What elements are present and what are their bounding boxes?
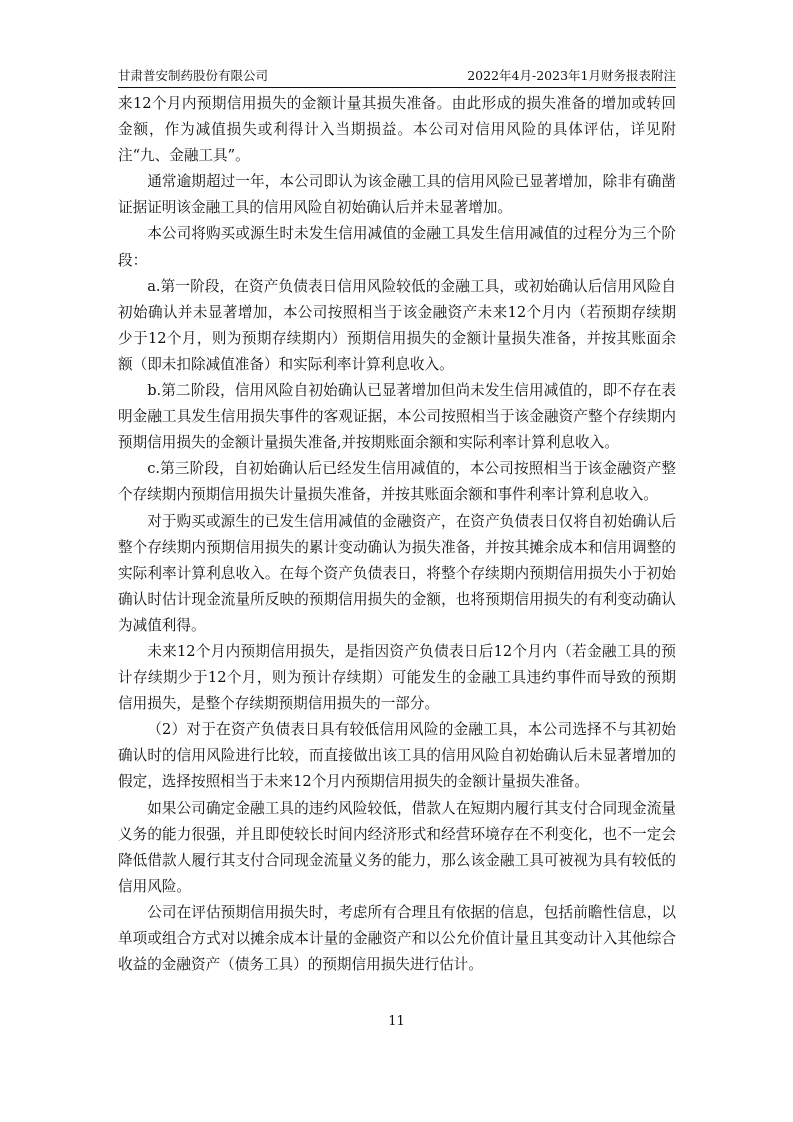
paragraph-stage-b: b.第二阶段，信用风险自初始确认已显著增加但尚未发生信用减值的，即不存在表明金融…: [118, 378, 676, 456]
paragraph: 公司在评估预期信用损失时，考虑所有合理且有依据的信息，包括前瞻性信息，以单项或组…: [118, 900, 676, 978]
paragraph: 未来12个月内预期信用损失，是指因资产负债表日后12个月内（若金融工具的预计存续…: [118, 639, 676, 717]
report-title: 2022年4月-2023年1月财务报表附注: [467, 66, 676, 84]
paragraph-stage-a: a.第一阶段，在资产负债表日信用风险较低的金融工具，或初始确认后信用风险自初始确…: [118, 274, 676, 378]
header-rule: [118, 87, 676, 88]
paragraph-stage-c: c.第三阶段，自初始确认后已经发生信用减值的，本公司按照相当于该金融资产整个存续…: [118, 456, 676, 508]
paragraph: 对于购买或源生的已发生信用减值的金融资产，在资产负债表日仅将自初始确认后整个存续…: [118, 509, 676, 639]
paragraph: （2）对于在资产负债表日具有较低信用风险的金融工具，本公司选择不与其初始确认时的…: [118, 717, 676, 795]
paragraph: 如果公司确定金融工具的违约风险较低，借款人在短期内履行其支付合同现金流量义务的能…: [118, 796, 676, 900]
page-number: 11: [0, 1014, 793, 1029]
company-name: 甘肃普安制药股份有限公司: [118, 66, 268, 84]
paragraph: 通常逾期超过一年，本公司即认为该金融工具的信用风险已显著增加，除非有确凿证据证明…: [118, 169, 676, 221]
page-header: 甘肃普安制药股份有限公司 2022年4月-2023年1月财务报表附注: [118, 66, 676, 86]
document-body: 来12个月内预期信用损失的金额计量其损失准备。由此形成的损失准备的增加或转回金额…: [118, 91, 676, 978]
paragraph: 本公司将购买或源生时未发生信用减值的金融工具发生信用减值的过程分为三个阶段：: [118, 221, 676, 273]
paragraph: 来12个月内预期信用损失的金额计量其损失准备。由此形成的损失准备的增加或转回金额…: [118, 91, 676, 169]
